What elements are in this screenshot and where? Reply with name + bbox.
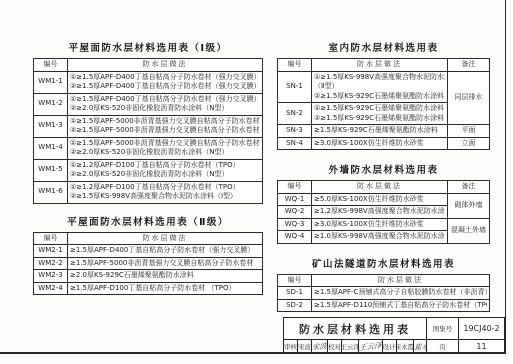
method-cell: ①≥1.5厚KS-998V高强度聚合物水泥防水涂料（Ⅱ型）②≥1.5厚KS-92… [312, 71, 448, 103]
row-id-cell: SN-2 [278, 103, 312, 125]
note-cell: 平面 [448, 125, 490, 138]
column-header: 编号 [278, 59, 312, 72]
review-signature: 宋波 [311, 340, 327, 352]
data-table: 编号防水层做法SD-1≥1.5厚APF-C预铺式高分子自粘胶膜防水卷材（非沥青）… [277, 274, 490, 313]
method-cell: ≥3.0厚KS-100X仿生纤维防水砂浆 [312, 218, 448, 231]
atlas-number-value: 19CJ40-2 [458, 318, 504, 339]
row-id-cell: WM2-3 [34, 270, 68, 283]
table-title: 室内防水层材料选用表 [277, 40, 490, 54]
row-id-cell: WM2-1 [34, 245, 68, 258]
page-label: 页 [426, 339, 458, 352]
row-id-cell: SN-3 [278, 125, 312, 138]
table-row: WM1-1①≥1.5厚APF-D400丁基自粘高分子防水卷材（强力交叉膜）②≥1… [34, 71, 263, 93]
table-row: WM2-4≥1.5厚APF-D100丁基自粘高分子防水卷材 （TPO） [34, 282, 263, 295]
method-cell: ≥3.0厚KS-100X仿生纤维防水砂浆 [312, 137, 448, 150]
note-cell: 同层排水 [448, 71, 490, 125]
left-column: 平屋面防水层材料选用表（Ⅰ级） 编号防水层做法WM1-1①≥1.5厚APF-D4… [33, 40, 263, 295]
table-row: SD-2≥1.5厚APF-D110预铺式丁基自粘高分子防水卷材（TPO） [278, 299, 490, 312]
title-block: 防水层材料选用表 图集号 19CJ40-2 审核 宋波 宋波 校对 王云泽 王云… [283, 317, 505, 353]
table-row: WM2-1≥1.5厚APF-D400丁基自粘高分子防水卷材（强力交叉膜） [34, 245, 263, 258]
method-cell: ≥1.5厚KS-929C石墨烯聚氨酯防水涂料 [312, 125, 448, 138]
table-tunnel: 矿山法隧道防水层材料选用表 编号防水层做法SD-1≥1.5厚APF-C预铺式高分… [277, 256, 490, 313]
column-header: 防水层做法 [68, 59, 263, 72]
table-row: WM1-6①≥1.2厚APF-D100丁基自粘高分子防水卷材（TPO）②≥1.5… [34, 181, 263, 203]
column-header: 防水层做法 [68, 232, 263, 245]
table-title: 平屋面防水层材料选用表（Ⅰ级） [33, 40, 263, 54]
row-id-cell: SN-1 [278, 71, 312, 103]
method-cell: ①≥1.5厚APF-D400丁基自粘高分子防水卷材（强力交叉膜）②≥1.5厚AP… [68, 71, 263, 93]
method-cell: ≥5.0厚KS-100X仿生纤维防水砂浆 [312, 193, 448, 206]
row-id-cell: WQ-2 [278, 206, 312, 219]
column-header: 防水层做法 [312, 181, 448, 194]
row-id-cell: WQ-1 [278, 193, 312, 206]
table-title: 矿山法隧道防水层材料选用表 [277, 256, 490, 270]
column-header: 编号 [34, 232, 68, 245]
sheet-border-right [505, 0, 506, 354]
method-cell: ①≥1.5厚KS-929C石墨烯聚氨酯防水涂料②≥1.5厚KS-929C石墨烯聚… [312, 103, 448, 125]
table-flat-roof-grade2: 平屋面防水层材料选用表（Ⅱ级） 编号防水层做法WM2-1≥1.5厚APF-D40… [33, 214, 263, 296]
check-label: 校对 [327, 340, 341, 352]
method-cell: ≥1.0厚KS-998V高强度聚合物水泥防水涂料（Ⅰ型） [312, 231, 448, 244]
column-header: 编号 [278, 181, 312, 194]
table-row: SN-1①≥1.5厚KS-998V高强度聚合物水泥防水涂料（Ⅱ型）②≥1.5厚K… [278, 71, 490, 103]
drawing-sheet: 平屋面防水层材料选用表（Ⅰ级） 编号防水层做法WM1-1①≥1.5厚APF-D4… [0, 0, 513, 364]
method-cell: ≥1.5厚APF-D400丁基自粘高分子防水卷材（强力交叉膜） [68, 245, 263, 258]
method-cell: ≥1.5厚APF-C预铺式高分子自粘胶膜防水卷材（非沥青） [312, 287, 490, 300]
column-header: 备注 [448, 59, 490, 72]
table-title: 平屋面防水层材料选用表（Ⅱ级） [33, 214, 263, 228]
row-id-cell: SD-2 [278, 299, 312, 312]
table-exterior-wall: 外墙防水层材料选用表 编号防水层做法备注WQ-1≥5.0厚KS-100X仿生纤维… [277, 162, 490, 244]
sheet-border-bottom [0, 352, 506, 354]
design-name: 崔永霞 [396, 340, 413, 352]
table-row: WM1-4①≥1.5厚APF-5000非沥青基强力交叉膜自粘高分子防水卷材②≥2… [34, 137, 263, 159]
table-row: WM1-2①≥1.5厚APF-D400丁基自粘高分子防水卷材（强力交叉膜）②≥2… [34, 93, 263, 115]
column-header: 编号 [34, 59, 68, 72]
row-id-cell: WM1-1 [34, 71, 68, 93]
table-title: 外墙防水层材料选用表 [277, 162, 490, 176]
row-id-cell: WM1-5 [34, 159, 68, 181]
row-id-cell: WM1-4 [34, 137, 68, 159]
atlas-number-label: 图集号 [426, 318, 458, 339]
row-id-cell: WQ-4 [278, 231, 312, 244]
table-row: WM1-3①≥1.5厚APF-5000非沥青基强力交叉膜自粘高分子防水卷材②≥1… [34, 115, 263, 137]
row-id-cell: WM2-4 [34, 282, 68, 295]
table-row: WQ-3≥3.0厚KS-100X仿生纤维防水砂浆混凝土外墙 [278, 218, 490, 231]
table-row: WM2-3≥2.0厚KS-929C石墨烯聚氨酯防水涂料 [34, 270, 263, 283]
row-id-cell: WQ-3 [278, 218, 312, 231]
column-header: 防水层做法 [312, 59, 448, 72]
review-label: 审核 [284, 340, 297, 352]
data-table: 编号防水层做法备注SN-1①≥1.5厚KS-998V高强度聚合物水泥防水涂料（Ⅱ… [277, 58, 490, 150]
review-name: 宋波 [297, 340, 311, 352]
signature-row: 审核 宋波 宋波 校对 王云泽 王云泽 设计 崔永霞 崔永霞 [284, 339, 426, 352]
method-cell: ≥1.2厚KS-998V高强度聚合物水泥防水涂料（Ⅰ型） [312, 206, 448, 219]
table-row: WM1-5①≥1.2厚APF-D100丁基自粘高分子防水卷材（TPO）②≥2.0… [34, 159, 263, 181]
row-id-cell: WM1-2 [34, 93, 68, 115]
note-cell: 立面 [448, 137, 490, 150]
table-row: WM2-2≥1.5厚APF-5000非沥青基强力交叉膜自粘高分子防水卷材 [34, 257, 263, 270]
row-id-cell: SN-4 [278, 137, 312, 150]
method-cell: ≥2.0厚KS-929C石墨烯聚氨酯防水涂料 [68, 270, 263, 283]
table-row: SD-1≥1.5厚APF-C预铺式高分子自粘胶膜防水卷材（非沥青） [278, 287, 490, 300]
method-cell: ①≥1.2厚APF-D100丁基自粘高分子防水卷材（TPO）②≥1.5厚KS-9… [68, 181, 263, 203]
data-table: 编号防水层做法备注WQ-1≥5.0厚KS-100X仿生纤维防水砂浆砌体外墙WQ-… [277, 180, 490, 244]
method-cell: ≥1.5厚APF-D100丁基自粘高分子防水卷材 （TPO） [68, 282, 263, 295]
column-header: 备注 [448, 181, 490, 194]
check-signature: 王云泽 [358, 340, 382, 352]
table-row: SN-3≥1.5厚KS-929C石墨烯聚氨酯防水涂料平面 [278, 125, 490, 138]
table-row: WQ-1≥5.0厚KS-100X仿生纤维防水砂浆砌体外墙 [278, 193, 490, 206]
table-flat-roof-grade1: 平屋面防水层材料选用表（Ⅰ级） 编号防水层做法WM1-1①≥1.5厚APF-D4… [33, 40, 263, 204]
method-cell: ≥1.5厚APF-5000非沥青基强力交叉膜自粘高分子防水卷材 [68, 257, 263, 270]
row-id-cell: SD-1 [278, 287, 312, 300]
method-cell: ①≥1.5厚APF-D400丁基自粘高分子防水卷材（强力交叉膜）②≥2.0厚KS… [68, 93, 263, 115]
right-column: 室内防水层材料选用表 编号防水层做法备注SN-1①≥1.5厚KS-998V高强度… [277, 40, 490, 312]
row-id-cell: WM1-6 [34, 181, 68, 203]
data-table: 编号防水层做法WM1-1①≥1.5厚APF-D400丁基自粘高分子防水卷材（强力… [33, 58, 263, 204]
note-cell: 混凝土外墙 [448, 218, 490, 243]
method-cell: ①≥1.5厚APF-5000非沥青基强力交叉膜自粘高分子防水卷材②≥1.5厚AP… [68, 115, 263, 137]
note-cell: 砌体外墙 [448, 193, 490, 218]
design-signature: 崔永霞 [413, 340, 427, 352]
check-name: 王云泽 [341, 340, 358, 352]
title-block-main-title: 防水层材料选用表 [284, 318, 426, 339]
method-cell: ①≥1.2厚APF-D100丁基自粘高分子防水卷材（TPO）②≥2.0厚KS-5… [68, 159, 263, 181]
method-cell: ①≥1.5厚APF-5000非沥青基强力交叉膜自粘高分子防水卷材②≥2.0厚KS… [68, 137, 263, 159]
row-id-cell: WM1-3 [34, 115, 68, 137]
row-id-cell: WM2-2 [34, 257, 68, 270]
table-indoor: 室内防水层材料选用表 编号防水层做法备注SN-1①≥1.5厚KS-998V高强度… [277, 40, 490, 150]
method-cell: ≥1.5厚APF-D110预铺式丁基自粘高分子防水卷材（TPO） [312, 299, 490, 312]
column-header: 编号 [278, 274, 312, 287]
table-row: SN-4≥3.0厚KS-100X仿生纤维防水砂浆立面 [278, 137, 490, 150]
data-table: 编号防水层做法WM2-1≥1.5厚APF-D400丁基自粘高分子防水卷材（强力交… [33, 232, 263, 296]
design-label: 设计 [382, 340, 396, 352]
column-header: 防水层做法 [312, 274, 490, 287]
page-number: 11 [458, 339, 504, 352]
